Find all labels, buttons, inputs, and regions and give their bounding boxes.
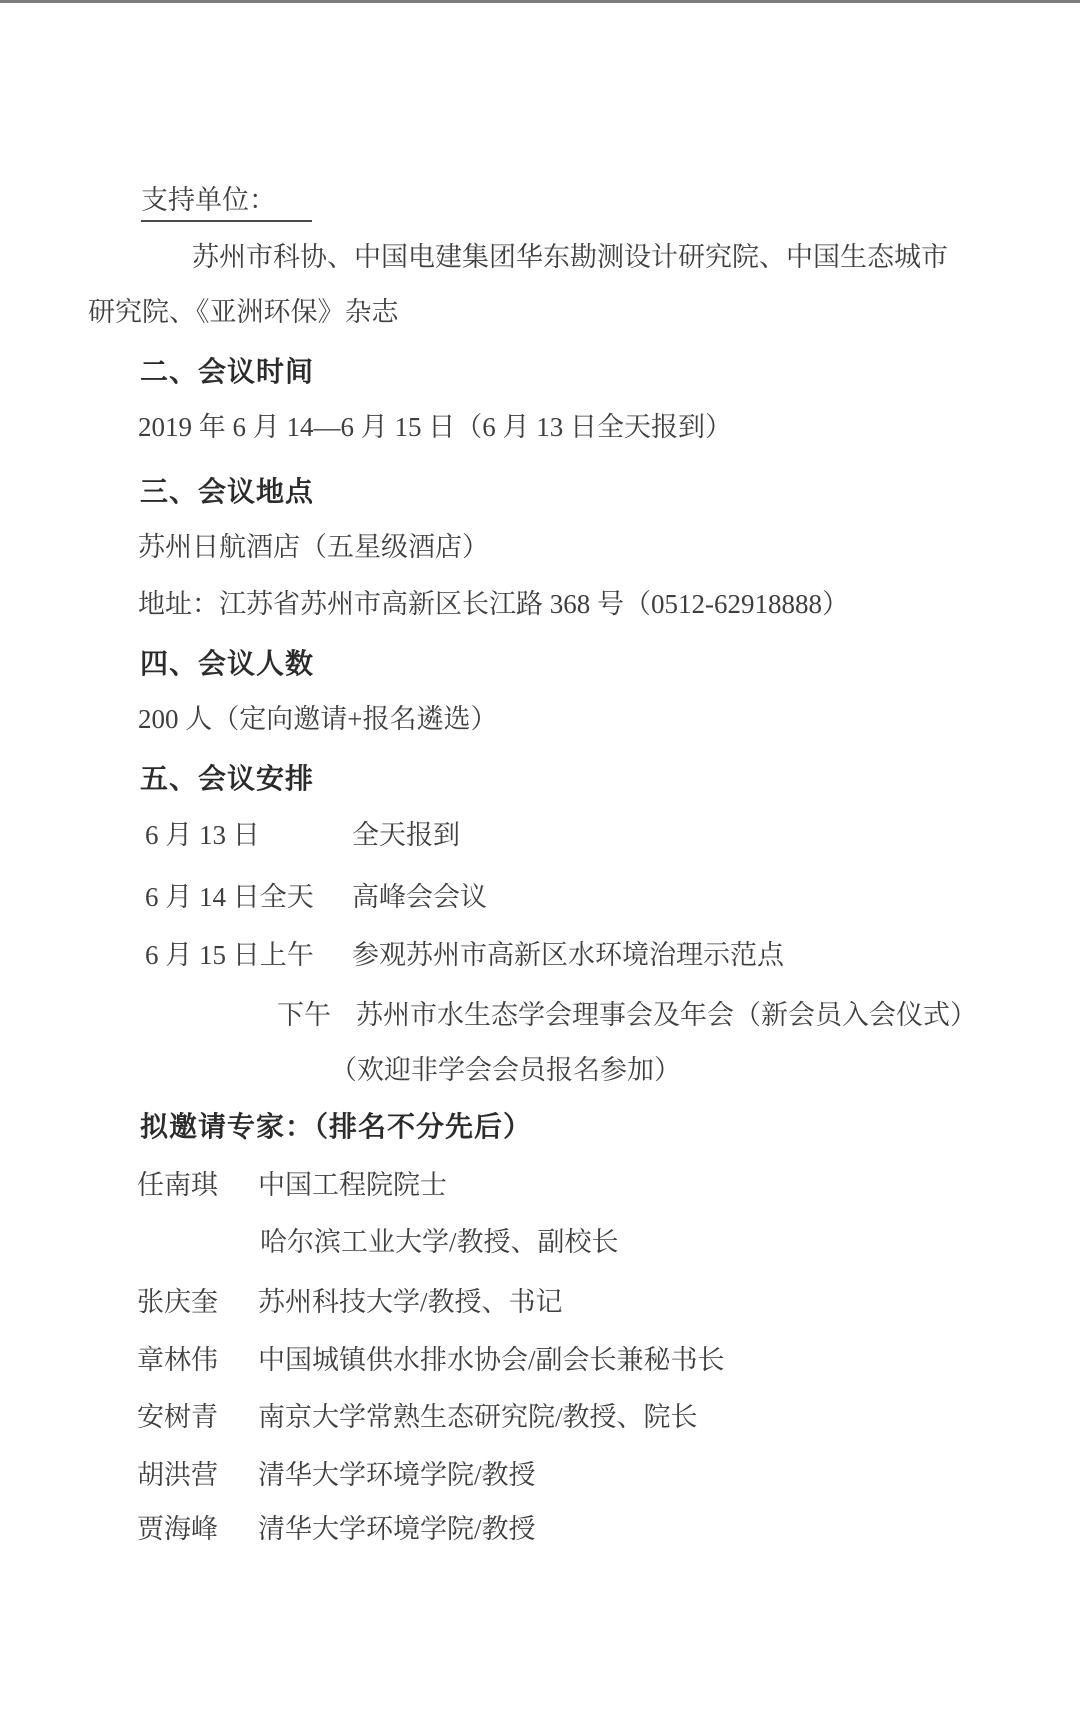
section-attendance-heading-row: 四、会议人数 [0,647,1080,683]
expert-title: 中国工程院院士 [258,1168,447,1202]
expert-title: 中国城镇供水排水协会/副会长兼秘书长 [258,1343,725,1377]
experts-heading: 拟邀请专家：（排名不分先后） [140,1110,532,1144]
expert-title: 清华大学环境学院/教授 [258,1512,536,1546]
schedule-activity: 高峰会会议 [352,880,487,914]
section-time-heading: 二、会议时间 [140,355,314,389]
section-location-heading: 三、会议地点 [140,475,314,509]
supporting-units-text-line2: 研究院、《亚洲环保》杂志 [88,295,399,329]
expert-name: 章林伟 [137,1343,218,1377]
schedule-time: 下午 [277,998,331,1032]
section-agenda-heading: 五、会议安排 [140,762,314,796]
expert-title: 苏州科技大学/教授、书记 [258,1285,563,1319]
section-location-venue-row: 苏州日航酒店（五星级酒店） [0,530,1080,566]
schedule-row: 6 月 13 日 全天报到 [0,818,1080,854]
schedule-row: 6 月 14 日全天 高峰会会议 [0,880,1080,916]
supporting-units-label: 支持单位： [141,183,312,222]
schedule-row: 下午 苏州市水生态学会理事会及年会（新会员入会仪式） [0,998,1080,1034]
schedule-time: 6 月 15 日上午 [145,938,314,972]
expert-row-continuation: 哈尔滨工业大学/教授、副校长 [0,1225,1080,1261]
section-time-body: 2019 年 6 月 14—6 月 15 日（6 月 13 日全天报到） [138,410,732,444]
expert-row: 安树青 南京大学常熟生态研究院/教授、院长 [0,1400,1080,1436]
scan-edge-bar [0,0,1080,3]
schedule-row: （欢迎非学会会员报名参加） [0,1053,1080,1089]
expert-name: 胡洪营 [137,1458,218,1492]
schedule-row: 6 月 15 日上午 参观苏州市高新区水环境治理示范点 [0,938,1080,974]
supporting-units-line1: 苏州市科协、中国电建集团华东勘测设计研究院、中国生态城市 [0,240,1080,276]
supporting-units-line2: 研究院、《亚洲环保》杂志 [0,295,1080,331]
section-attendance-heading: 四、会议人数 [140,647,314,681]
expert-name: 任南琪 [137,1168,218,1202]
section-attendance-body: 200 人（定向邀请+报名遴选） [138,702,497,736]
section-location-venue: 苏州日航酒店（五星级酒店） [138,530,489,564]
supporting-units-row: 支持单位： [0,183,1080,219]
supporting-units-text-line1: 苏州市科协、中国电建集团华东勘测设计研究院、中国生态城市 [192,240,948,274]
section-location-heading-row: 三、会议地点 [0,475,1080,511]
expert-title: 清华大学环境学院/教授 [258,1458,536,1492]
schedule-time: 6 月 13 日 [145,818,260,852]
schedule-activity: 全天报到 [352,818,460,852]
experts-heading-row: 拟邀请专家：（排名不分先后） [0,1110,1080,1146]
expert-name: 张庆奎 [137,1285,218,1319]
expert-row: 张庆奎 苏州科技大学/教授、书记 [0,1285,1080,1321]
expert-row: 胡洪营 清华大学环境学院/教授 [0,1458,1080,1494]
expert-row: 章林伟 中国城镇供水排水协会/副会长兼秘书长 [0,1343,1080,1379]
schedule-activity: 参观苏州市高新区水环境治理示范点 [352,938,784,972]
expert-row: 贾海峰 清华大学环境学院/教授 [0,1512,1080,1548]
schedule-time: 6 月 14 日全天 [145,880,314,914]
expert-name: 贾海峰 [137,1512,218,1546]
schedule-activity: （欢迎非学会会员报名参加） [330,1053,681,1087]
section-location-address: 地址：江苏省苏州市高新区长江路 368 号（0512-62918888） [138,587,849,621]
expert-title-line2: 哈尔滨工业大学/教授、副校长 [260,1225,619,1259]
expert-row: 任南琪 中国工程院院士 [0,1168,1080,1204]
section-attendance-body-row: 200 人（定向邀请+报名遴选） [0,702,1080,738]
schedule-activity: 苏州市水生态学会理事会及年会（新会员入会仪式） [356,998,977,1032]
section-location-address-row: 地址：江苏省苏州市高新区长江路 368 号（0512-62918888） [0,587,1080,623]
section-time-body-row: 2019 年 6 月 14—6 月 15 日（6 月 13 日全天报到） [0,410,1080,446]
expert-title: 南京大学常熟生态研究院/教授、院长 [258,1400,698,1434]
section-time-heading-row: 二、会议时间 [0,355,1080,391]
scanned-document-page: 支持单位： 苏州市科协、中国电建集团华东勘测设计研究院、中国生态城市 研究院、《… [0,0,1080,1724]
section-agenda-heading-row: 五、会议安排 [0,762,1080,798]
expert-name: 安树青 [137,1400,218,1434]
